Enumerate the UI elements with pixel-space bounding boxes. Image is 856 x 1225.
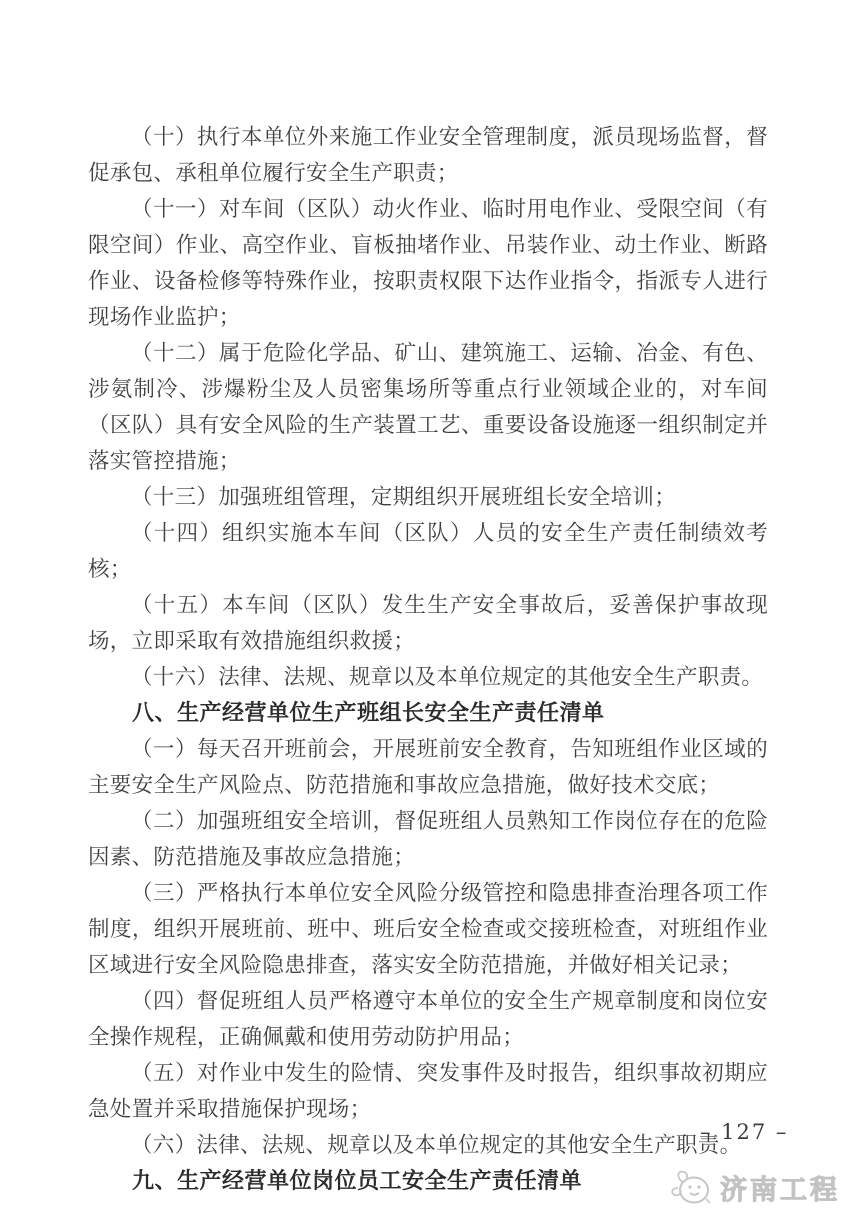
paragraph-item-6: （六）法律、法规、规章以及本单位规定的其他安全生产职责。 <box>88 1128 768 1164</box>
paragraph-item-13: （十三）加强班组管理，定期组织开展班组长安全培训； <box>88 480 768 516</box>
paragraph-item-5: （五）对作业中发生的险情、突发事件及时报告，组织事故初期应急处置并采取措施保护现… <box>88 1056 768 1128</box>
section-heading-8: 八、生产经营单位生产班组长安全生产责任清单 <box>88 696 768 732</box>
paragraph-item-3: （三）严格执行本单位安全风险分级管控和隐患排查治理各项工作制度，组织开展班前、班… <box>88 876 768 984</box>
watermark: 济南工程 <box>668 1166 840 1208</box>
paragraph-item-2: （二）加强班组安全培训，督促班组人员熟知工作岗位存在的危险因素、防范措施及事故应… <box>88 804 768 876</box>
paragraph-item-16: （十六）法律、法规、规章以及本单位规定的其他安全生产职责。 <box>88 660 768 696</box>
watermark-label: 济南工程 <box>720 1168 840 1207</box>
paragraph-item-12: （十二）属于危险化学品、矿山、建筑施工、运输、冶金、有色、涉氨制冷、涉爆粉尘及人… <box>88 336 768 480</box>
paragraph-item-14: （十四）组织实施本车间（区队）人员的安全生产责任制绩效考核； <box>88 516 768 588</box>
paragraph-item-15: （十五）本车间（区队）发生生产安全事故后，妥善保护事故现场，立即采取有效措施组织… <box>88 588 768 660</box>
page-number: – 127 – <box>700 1120 788 1144</box>
paragraph-item-10: （十）执行本单位外来施工作业安全管理制度，派员现场监督，督促承包、承租单位履行安… <box>88 120 768 192</box>
mascot-icon <box>668 1166 714 1208</box>
paragraph-item-11: （十一）对车间（区队）动火作业、临时用电作业、受限空间（有限空间）作业、高空作业… <box>88 192 768 336</box>
paragraph-item-4: （四）督促班组人员严格遵守本单位的安全生产规章制度和岗位安全操作规程，正确佩戴和… <box>88 984 768 1056</box>
document-body: （十）执行本单位外来施工作业安全管理制度，派员现场监督，督促承包、承租单位履行安… <box>88 120 768 1200</box>
paragraph-item-1: （一）每天召开班前会，开展班前安全教育，告知班组作业区域的主要安全生产风险点、防… <box>88 732 768 804</box>
section-heading-9: 九、生产经营单位岗位员工安全生产责任清单 <box>88 1164 768 1200</box>
document-page: （十）执行本单位外来施工作业安全管理制度，派员现场监督，督促承包、承租单位履行安… <box>0 0 856 1225</box>
